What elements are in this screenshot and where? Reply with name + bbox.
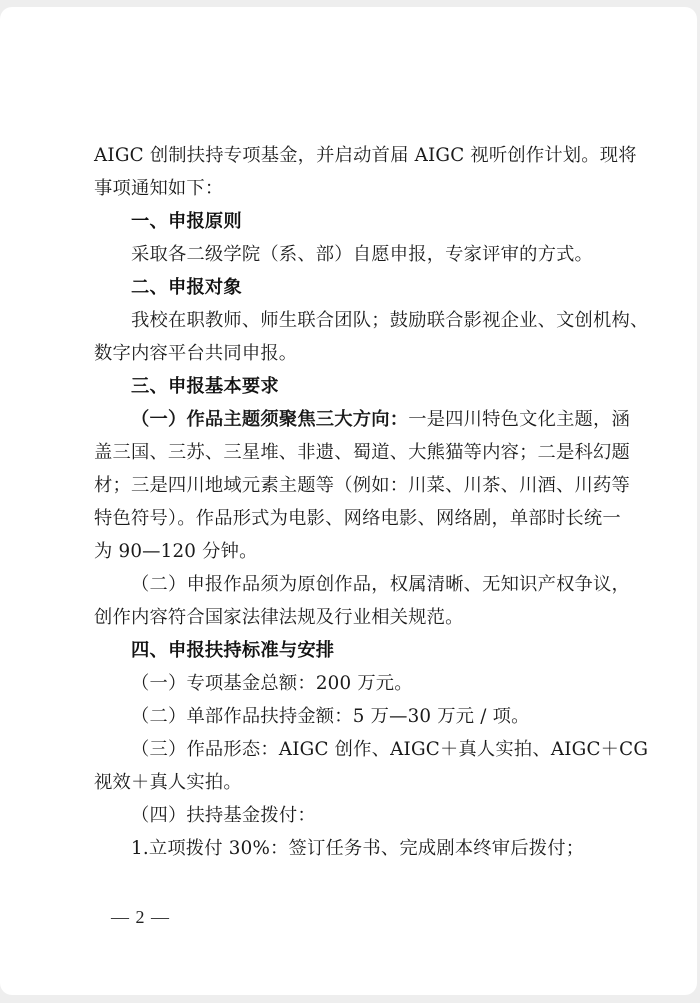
body-line: 1.立项拨付 30%：签订任务书、完成剧本终审后拨付； — [94, 832, 618, 865]
subsection-label: （三）作品形态： — [131, 739, 279, 760]
subsection-label: （二） — [131, 574, 186, 595]
body-line: （一）专项基金总额：200 万元。 — [94, 667, 618, 700]
body-text: AIGC 创作、AIGC＋真人实拍、AIGC＋CG — [279, 739, 648, 760]
body-text: 5 万—30 万元 / 项。 — [353, 706, 530, 727]
body-line: （四）扶持基金拨付： — [94, 799, 618, 832]
subsection-label: （四）扶持基金拨付： — [131, 805, 316, 826]
document-body: AIGC 创制扶持专项基金，并启动首届 AIGC 视听创作计划。现将 事项通知如… — [94, 139, 618, 865]
section-heading: 三、申报基本要求 — [94, 370, 618, 403]
section-heading: 四、申报扶持标准与安排 — [94, 634, 618, 667]
section-heading: 一、申报原则 — [94, 205, 618, 238]
document-page: AIGC 创制扶持专项基金，并启动首届 AIGC 视听创作计划。现将 事项通知如… — [0, 7, 697, 995]
body-line: AIGC 创制扶持专项基金，并启动首届 AIGC 视听创作计划。现将 — [94, 139, 618, 172]
section-heading: 二、申报对象 — [94, 271, 618, 304]
subsection-label: （二）单部作品扶持金额： — [131, 706, 353, 727]
subsection-label: （一）作品主题须聚焦三大方向： — [131, 409, 408, 430]
body-text: 200 万元。 — [316, 673, 413, 694]
body-line: 我校在职教师、师生联合团队；鼓励联合影视企业、文创机构、 — [94, 304, 618, 337]
body-text: 一是四川特色文化主题，涵 — [408, 409, 630, 430]
body-line: 特色符号）。作品形式为电影、网络电影、网络剧，单部时长统一 — [94, 502, 618, 535]
body-line: （一）作品主题须聚焦三大方向：一是四川特色文化主题，涵 — [94, 403, 618, 436]
body-line: 采取各二级学院（系、部）自愿申报，专家评审的方式。 — [94, 238, 618, 271]
subsection-label: （一）专项基金总额： — [131, 673, 316, 694]
body-line: 创作内容符合国家法律法规及行业相关规范。 — [94, 601, 618, 634]
body-line: （二）单部作品扶持金额：5 万—30 万元 / 项。 — [94, 700, 618, 733]
body-line: （三）作品形态：AIGC 创作、AIGC＋真人实拍、AIGC＋CG — [94, 733, 618, 766]
body-line: 为 90—120 分钟。 — [94, 535, 618, 568]
page-number: — 2 — — [111, 907, 170, 928]
body-text: 申报作品须为原创作品，权属清晰、无知识产权争议， — [186, 574, 630, 595]
body-line: （二）申报作品须为原创作品，权属清晰、无知识产权争议， — [94, 568, 618, 601]
body-line: 视效＋真人实拍。 — [94, 766, 618, 799]
body-line: 数字内容平台共同申报。 — [94, 337, 618, 370]
body-line: 材；三是四川地域元素主题等（例如：川菜、川茶、川酒、川药等 — [94, 469, 618, 502]
body-line: 盖三国、三苏、三星堆、非遗、蜀道、大熊猫等内容；二是科幻题 — [94, 436, 618, 469]
body-line: 事项通知如下： — [94, 172, 618, 205]
